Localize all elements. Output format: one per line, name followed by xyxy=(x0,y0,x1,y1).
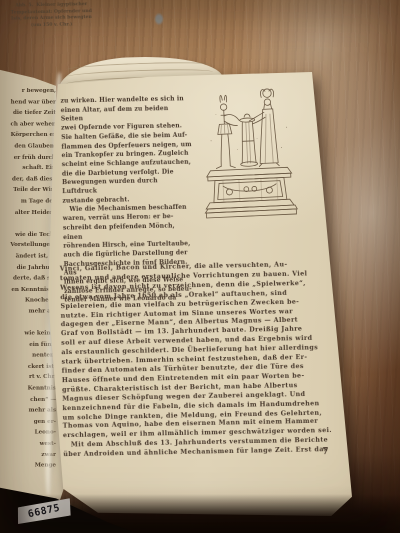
book-photo: r bewegen, hend war über die tiefer Zeit… xyxy=(0,0,400,533)
illustration-caption: Abb. 5. Kleiner ägyptischer Tempelautoma… xyxy=(0,2,108,31)
egyptian-altar-engraving-illustration xyxy=(188,77,308,220)
body-text-full-width: Vinci, Galilei, Bacon und Kircher, die a… xyxy=(60,260,342,460)
page-content: zu wirken. Hier wandelte es sich in eine… xyxy=(0,0,400,533)
page-number: 7 xyxy=(322,447,329,458)
inventory-number: 66875 xyxy=(27,503,61,521)
